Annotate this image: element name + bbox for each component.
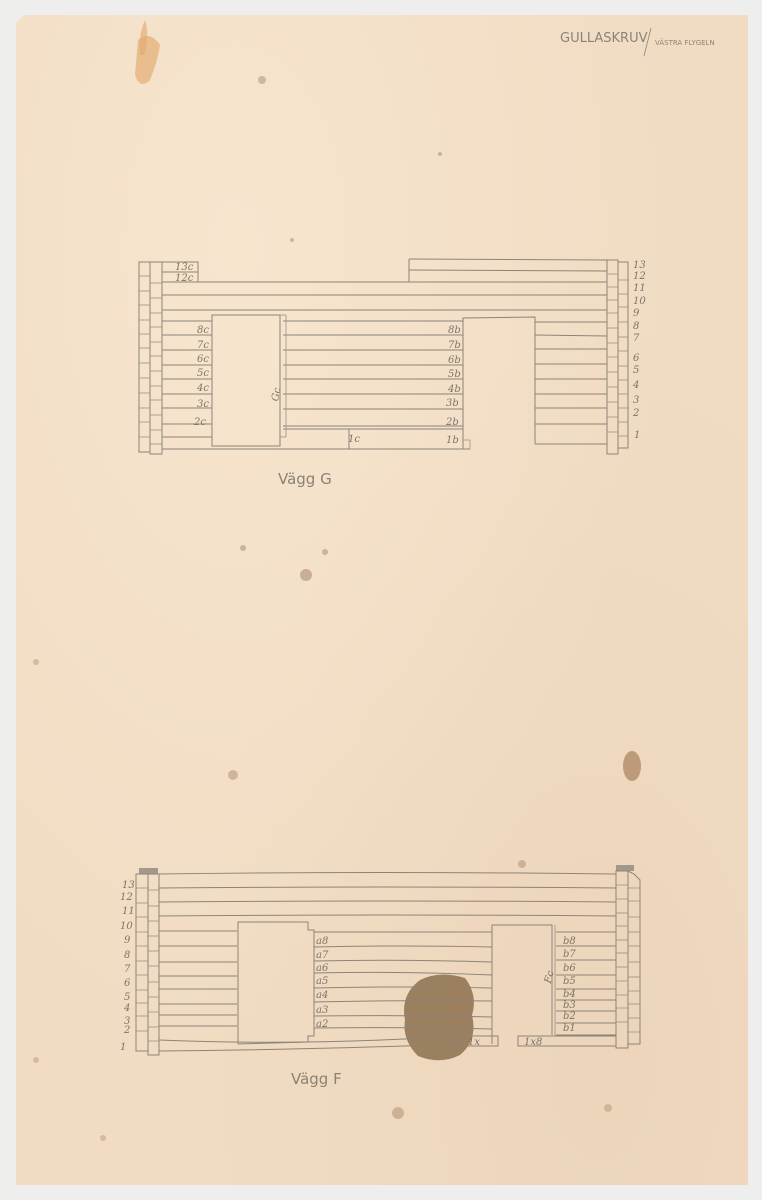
label-6c: 6c bbox=[197, 354, 209, 365]
label-13c: 13c bbox=[175, 262, 194, 273]
course-13: 13 bbox=[633, 260, 646, 271]
sill-label-1x: 1x bbox=[468, 1037, 480, 1048]
wall-f-a-labels: a8 a7 a6 a5 a4 a3 a2 bbox=[316, 936, 329, 1030]
course-4: 4 bbox=[632, 380, 639, 391]
label-b7: b7 bbox=[563, 949, 576, 960]
subtitle-text: VÄSTRA FLYGELN bbox=[655, 38, 715, 47]
course-9: 9 bbox=[633, 308, 640, 319]
label-a4: a4 bbox=[316, 990, 328, 1001]
label-8c: 8c bbox=[197, 325, 209, 336]
course-f-11: 11 bbox=[122, 906, 135, 917]
course-1: 1 bbox=[634, 430, 640, 441]
label-7c: 7c bbox=[197, 340, 209, 351]
label-1c: 1c bbox=[348, 434, 360, 445]
label-2b: 2b bbox=[445, 417, 459, 428]
label-a5: a5 bbox=[316, 976, 328, 987]
course-12: 12 bbox=[633, 271, 646, 282]
label-12c: 12c bbox=[175, 273, 194, 284]
label-3c: 3c bbox=[197, 399, 209, 410]
label-5b: 5b bbox=[448, 369, 461, 380]
label-a2: a2 bbox=[316, 1019, 328, 1030]
course-f-5: 5 bbox=[124, 992, 130, 1003]
label-b8: b8 bbox=[563, 936, 576, 947]
label-b5: b5 bbox=[563, 976, 576, 987]
label-a6: a6 bbox=[316, 963, 329, 974]
course-f-12: 12 bbox=[120, 892, 133, 903]
course-f-9: 9 bbox=[124, 935, 131, 946]
label-b6: b6 bbox=[563, 963, 576, 974]
wall-g-left-labels: 13c 12c 8c 7c 6c 5c 4c 3c 2c bbox=[175, 262, 209, 428]
wall-f-b-labels: b8 b7 b6 b5 b4 b3 b2 b1 bbox=[563, 936, 576, 1034]
course-f-4: 4 bbox=[123, 1003, 130, 1014]
course-7: 7 bbox=[633, 333, 640, 344]
label-b1: b1 bbox=[563, 1023, 576, 1034]
label-6b: 6b bbox=[448, 355, 461, 366]
label-1b: 1b bbox=[446, 435, 459, 446]
wall-f-course-numbers: 13 12 11 10 9 8 7 6 5 4 3 2 1 bbox=[120, 880, 135, 1053]
wall-g-right-labels: 8b 7b 6b 5b 4b 3b 2b 1b bbox=[445, 325, 461, 446]
drawing-canvas: GULLASKRUV VÄSTRA FLYGELN bbox=[0, 0, 762, 1200]
title-text: GULLASKRUV bbox=[560, 31, 648, 46]
course-f-7: 7 bbox=[124, 964, 131, 975]
label-4c: 4c bbox=[196, 383, 209, 394]
wall-g-course-numbers: 13 12 11 10 9 8 7 6 5 4 3 2 1 bbox=[632, 260, 646, 441]
course-f-10: 10 bbox=[120, 921, 133, 932]
course-8: 8 bbox=[633, 321, 639, 332]
label-4b: 4b bbox=[447, 384, 461, 395]
course-5: 5 bbox=[633, 365, 639, 376]
course-f-8: 8 bbox=[124, 950, 130, 961]
label-3b: 3b bbox=[446, 398, 459, 409]
label-a3: a3 bbox=[316, 1005, 328, 1016]
course-f-2: 2 bbox=[123, 1025, 130, 1036]
label-b2: b2 bbox=[563, 1011, 576, 1022]
course-2: 2 bbox=[632, 408, 639, 419]
label-a8: a8 bbox=[316, 936, 328, 947]
course-f-1: 1 bbox=[120, 1042, 126, 1053]
caption-vagg-g: Vägg G bbox=[278, 470, 332, 488]
label-a7: a7 bbox=[316, 950, 329, 961]
label-2c: 2c bbox=[193, 417, 206, 428]
label-b4: b4 bbox=[563, 989, 576, 1000]
course-6: 6 bbox=[633, 353, 640, 364]
sill-label-1x8: 1x8 bbox=[524, 1037, 542, 1048]
label-7b: 7b bbox=[448, 340, 461, 351]
course-f-6: 6 bbox=[124, 978, 131, 989]
course-f-13: 13 bbox=[122, 880, 135, 891]
label-8b: 8b bbox=[448, 325, 461, 336]
label-5c: 5c bbox=[197, 368, 209, 379]
course-10: 10 bbox=[633, 296, 646, 307]
course-11: 11 bbox=[633, 283, 646, 294]
label-b3: b3 bbox=[563, 1000, 576, 1011]
caption-vagg-f: Vägg F bbox=[291, 1070, 342, 1088]
wall-g-drawing bbox=[139, 259, 628, 454]
door-mark-gc: Gc bbox=[270, 386, 283, 402]
course-3: 3 bbox=[633, 395, 639, 406]
